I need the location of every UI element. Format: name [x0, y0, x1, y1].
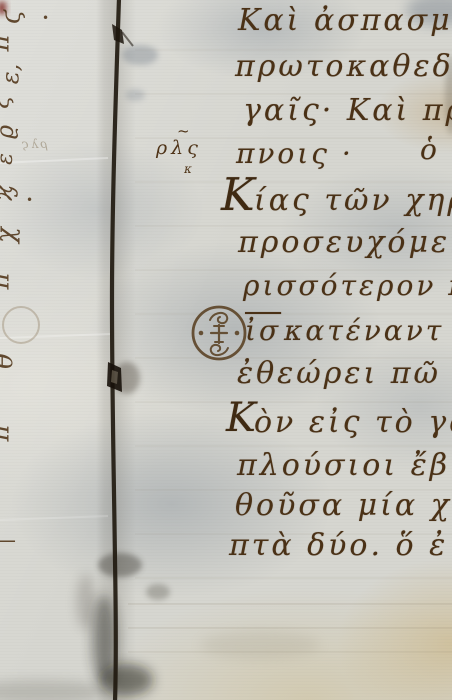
text-line-9: ἐθεώρει πῶ — [237, 359, 441, 389]
margin-section-tilde: ~ — [177, 124, 190, 139]
left-page-glyph: χ — [0, 227, 19, 243]
text-line-3: γαῖς· Καὶ πρ — [243, 96, 452, 126]
text-line-8-nomen-sacrum: ἰσ — [245, 317, 281, 345]
text-line-7: ρισσότερον κρ — [243, 272, 452, 300]
text-line-2: πρωτοκαθεδ — [235, 52, 452, 82]
text-line-5-initial: Κ — [221, 172, 255, 217]
binding-gutter — [107, 0, 133, 700]
text-line-1: Καὶ ἀσπασμοὺ — [238, 6, 452, 36]
left-page-glyph: ϱ — [0, 125, 17, 139]
text-line-6: προσευχόμεν — [238, 228, 452, 258]
left-page-glyph: π — [0, 272, 14, 289]
manuscript-photo: ρλς ρλς ~ κ Καὶ ἀσπασμοὺ πρωτοκαθεδ γαῖς… — [0, 0, 452, 700]
text-line-11: πλούσιοι ἔβ — [237, 451, 450, 481]
margin-section-number: ρλς — [156, 139, 202, 158]
text-line-10: ὸν εἰς τὸ γα — [254, 408, 452, 438]
text-line-10-initial: Κ — [226, 398, 256, 438]
circled-cross-icon — [193, 307, 245, 359]
text-line-13: πτὰ δύο. ὅ ἐ — [229, 531, 448, 561]
text-line-4: πνοις · — [236, 140, 354, 168]
show-through-ring — [2, 306, 40, 344]
left-page-glyph: θ — [0, 353, 17, 369]
left-page-glyph: π̃ — [0, 424, 14, 441]
margin-section-note: κ — [184, 163, 192, 175]
text-line-12: θοῦσα μία χή — [235, 491, 452, 521]
left-page-glyph: — — [0, 530, 16, 552]
left-page-glyph: ϛ — [0, 10, 24, 25]
left-page-glyph: ε — [0, 153, 17, 165]
show-through-text: ρλς — [20, 137, 47, 151]
left-page-glyph: π̃ — [0, 34, 14, 51]
left-page-glyph: ξ — [0, 95, 13, 108]
left-page-glyph: ε, — [0, 64, 22, 85]
text-line-5: ίας τῶν χηρ — [254, 186, 452, 216]
left-page-glyph: • — [42, 12, 49, 24]
left-page-glyph: • — [26, 194, 33, 206]
text-line-8: κατέναντ — [284, 317, 444, 345]
text-line-4-end: ὁ — [420, 136, 440, 164]
left-page-glyph: ϗ — [0, 185, 17, 201]
